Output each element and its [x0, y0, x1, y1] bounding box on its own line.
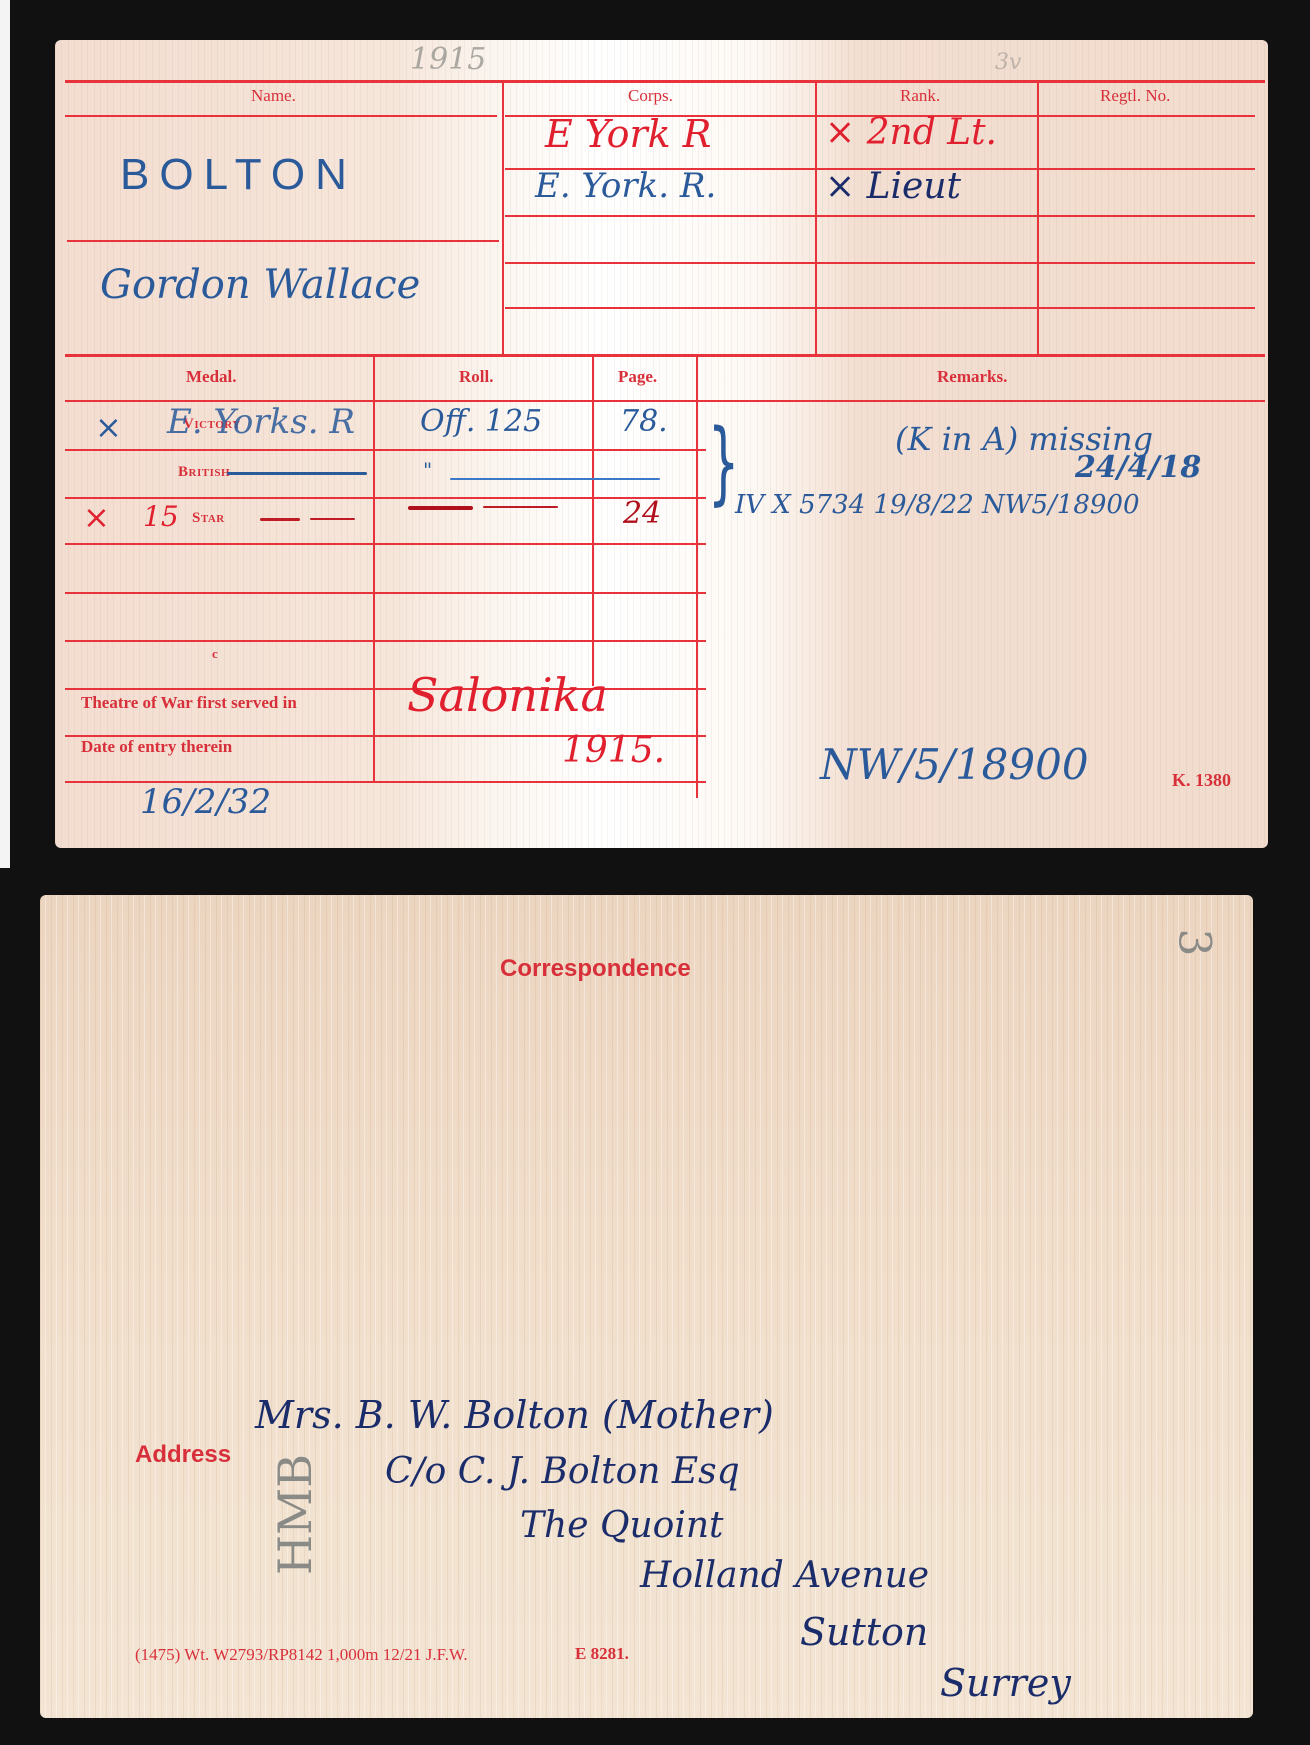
- rank-entry-2: × Lieut: [825, 166, 961, 207]
- rule: [65, 688, 706, 690]
- col-divider: [592, 356, 594, 686]
- corner-pencil-mark: 3: [1169, 929, 1220, 957]
- header-roll: Roll.: [459, 367, 493, 387]
- address-label: Address: [135, 1441, 231, 1469]
- page-star: 24: [623, 496, 661, 531]
- roll-victory: Off. 125: [420, 404, 542, 439]
- address-line-1: Mrs. B. W. Bolton (Mother): [255, 1393, 774, 1437]
- roll-british: ": [423, 458, 432, 482]
- bottom-date: 16/2/32: [140, 782, 271, 822]
- date-entry-value: 1915.: [562, 730, 665, 771]
- medal-star-prefix: 15: [143, 500, 179, 533]
- rule: [65, 497, 706, 499]
- ditto-line: [450, 478, 660, 480]
- medal-star-printed: Star: [192, 510, 225, 527]
- rule: [505, 262, 1255, 264]
- rule: [505, 215, 1255, 217]
- forenames: Gordon Wallace: [100, 262, 420, 308]
- pencil-note-top: 1915: [410, 42, 486, 77]
- remarks-line-2: 24/4/18: [1075, 450, 1201, 485]
- header-remarks: Remarks.: [937, 367, 1007, 387]
- address-line-4: Holland Avenue: [640, 1555, 929, 1596]
- medal-mark-victory: ×: [95, 408, 122, 446]
- printer-line: (1475) Wt. W2793/RP8142 1,000m 12/21 J.F…: [135, 1645, 468, 1665]
- address-line-5: Sutton: [800, 1610, 928, 1654]
- remarks-line-3: IV X 5734 19/8/22 NW5/18900: [735, 490, 1140, 520]
- rule: [65, 449, 706, 451]
- medal-victory-unit: E. Yorks. R: [167, 402, 355, 442]
- medal-british-printed: British: [178, 464, 230, 481]
- header-name: Name.: [251, 86, 296, 106]
- theatre-value: Salonika: [407, 668, 608, 722]
- ditto-line: [310, 518, 355, 520]
- theatre-label: Theatre of War first served in: [81, 693, 297, 713]
- rank-entry-1: × 2nd Lt.: [825, 112, 997, 153]
- form-number: K. 1380: [1172, 770, 1231, 791]
- rule: [65, 543, 706, 545]
- ditto-line: [260, 518, 300, 521]
- small-mark: c: [212, 646, 218, 662]
- rule: [65, 354, 1265, 357]
- col-divider: [373, 356, 375, 783]
- surname: BOLTON: [120, 150, 357, 200]
- header-regtl-no: Regtl. No.: [1100, 86, 1170, 106]
- initials: HMB: [268, 1454, 322, 1575]
- medal-index-card-back: Correspondence 3 Address Mrs. B. W. Bolt…: [40, 895, 1253, 1718]
- rule: [65, 592, 706, 594]
- correspondence-title: Correspondence: [500, 955, 691, 983]
- printer-code: E 8281.: [575, 1644, 629, 1664]
- address-line-2: C/o C. J. Bolton Esq: [385, 1451, 740, 1492]
- rule: [65, 115, 497, 117]
- header-medal: Medal.: [186, 367, 237, 387]
- address-line-3: The Quoint: [520, 1505, 723, 1546]
- medal-index-card-front: 1915 3v Name. Corps. Rank. Regtl. No. BO…: [55, 40, 1268, 848]
- ditto-line: [408, 506, 473, 510]
- rule: [67, 240, 499, 242]
- header-rank: Rank.: [900, 86, 940, 106]
- date-entry-label: Date of entry therein: [81, 737, 232, 757]
- address-line-6: Surrey: [940, 1661, 1071, 1705]
- col-divider: [1037, 82, 1039, 354]
- pencil-note-top-right: 3v: [995, 50, 1021, 75]
- corps-entry-1: E York R: [545, 112, 711, 156]
- col-divider: [696, 356, 698, 798]
- ditto-line: [483, 506, 558, 508]
- col-divider: [815, 82, 817, 354]
- header-page: Page.: [618, 367, 657, 387]
- medal-mark-star: ×: [83, 498, 110, 536]
- reference-number: NW/5/18900: [820, 740, 1089, 789]
- page-victory: 78.: [620, 404, 668, 439]
- ditto-line: [227, 472, 367, 475]
- scan-edge: [0, 0, 10, 868]
- header-corps: Corps.: [628, 86, 673, 106]
- rule: [65, 80, 1265, 83]
- rule: [65, 640, 706, 642]
- col-divider: [502, 82, 504, 354]
- rule: [505, 307, 1255, 309]
- corps-entry-2: E. York. R.: [535, 166, 716, 206]
